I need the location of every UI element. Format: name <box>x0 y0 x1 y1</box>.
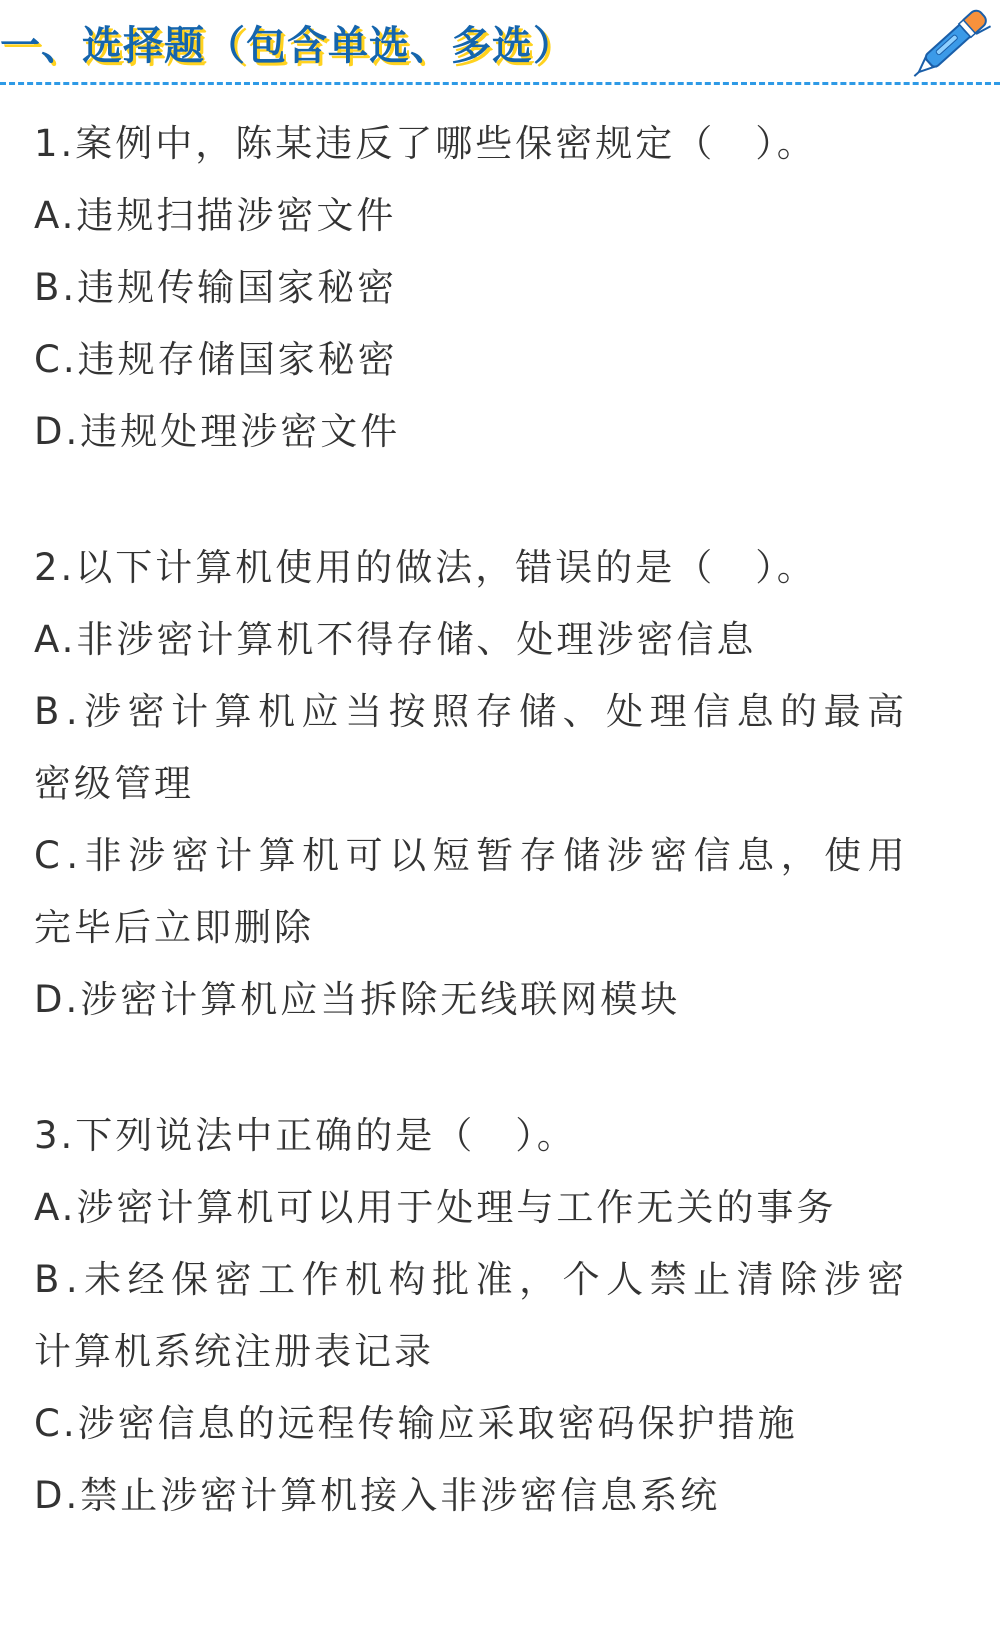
dashed-divider <box>0 82 1000 85</box>
option-b-continued: 计算机系统注册表记录 <box>34 1316 974 1388</box>
pen-icon <box>900 2 1000 86</box>
question-stem: 3.下列说法中正确的是（ ）。 <box>34 1100 974 1172</box>
spacer <box>34 468 974 532</box>
option-d: D.禁止涉密计算机接入非涉密信息系统 <box>34 1460 974 1532</box>
option-b-continued: 密级管理 <box>34 748 974 820</box>
question-2: 2.以下计算机使用的做法，错误的是（ ）。 A.非涉密计算机不得存储、处理涉密信… <box>34 532 974 1036</box>
question-3: 3.下列说法中正确的是（ ）。 A.涉密计算机可以用于处理与工作无关的事务 B.… <box>34 1100 974 1532</box>
section-title: 一、选择题（包含单选、多选） <box>0 18 574 74</box>
option-a: A.违规扫描涉密文件 <box>34 180 974 252</box>
option-c: C.非涉密计算机可以短暂存储涉密信息，使用 <box>34 820 974 892</box>
question-stem: 2.以下计算机使用的做法，错误的是（ ）。 <box>34 532 974 604</box>
section-header: 一、选择题（包含单选、多选） <box>0 0 1000 90</box>
option-b: B.涉密计算机应当按照存储、处理信息的最高 <box>34 676 974 748</box>
option-c-continued: 完毕后立即删除 <box>34 892 974 964</box>
option-c: C.违规存储国家秘密 <box>34 324 974 396</box>
question-1: 1.案例中，陈某违反了哪些保密规定（ ）。 A.违规扫描涉密文件 B.违规传输国… <box>34 108 974 468</box>
option-b: B.未经保密工作机构批准，个人禁止清除涉密 <box>34 1244 974 1316</box>
option-a: A.非涉密计算机不得存储、处理涉密信息 <box>34 604 974 676</box>
option-d: D.涉密计算机应当拆除无线联网模块 <box>34 964 974 1036</box>
option-b: B.违规传输国家秘密 <box>34 252 974 324</box>
option-a: A.涉密计算机可以用于处理与工作无关的事务 <box>34 1172 974 1244</box>
option-c: C.涉密信息的远程传输应采取密码保护措施 <box>34 1388 974 1460</box>
spacer <box>34 1036 974 1100</box>
question-list: 1.案例中，陈某违反了哪些保密规定（ ）。 A.违规扫描涉密文件 B.违规传输国… <box>34 108 974 1532</box>
question-stem: 1.案例中，陈某违反了哪些保密规定（ ）。 <box>34 108 974 180</box>
option-d: D.违规处理涉密文件 <box>34 396 974 468</box>
